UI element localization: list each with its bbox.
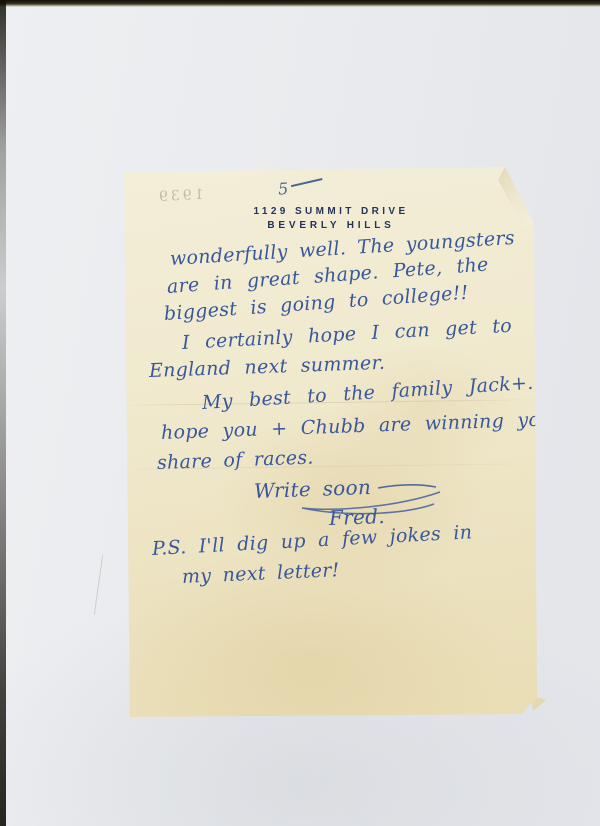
signature-flourish <box>250 482 450 528</box>
pencil-inscription: 1939 <box>156 187 204 205</box>
letter-line: hope you + Chubb are winning your <box>161 408 563 444</box>
page-number-value: 5 <box>277 179 288 199</box>
letter-line: England next summer. <box>149 352 386 382</box>
scanner-edge-left <box>0 0 6 826</box>
letter-line: I certainly hope I can get to <box>181 315 512 354</box>
scan-background: 1939 5 1129 SUMMIT DRIVE BEVERLY HILLS w… <box>0 0 600 826</box>
scanner-edge-top <box>0 0 600 7</box>
postscript-line: my next letter! <box>182 559 341 588</box>
page-number-dash <box>291 178 323 187</box>
letter-paper: 1939 5 1129 SUMMIT DRIVE BEVERLY HILLS w… <box>122 166 540 718</box>
scratch-mark <box>94 555 103 615</box>
letterhead-address-line1: 1129 SUMMIT DRIVE <box>122 206 540 217</box>
letterhead: 1129 SUMMIT DRIVE BEVERLY HILLS <box>122 206 540 231</box>
page-number: 5 <box>277 176 323 198</box>
letter-line: share of races. <box>157 447 314 474</box>
